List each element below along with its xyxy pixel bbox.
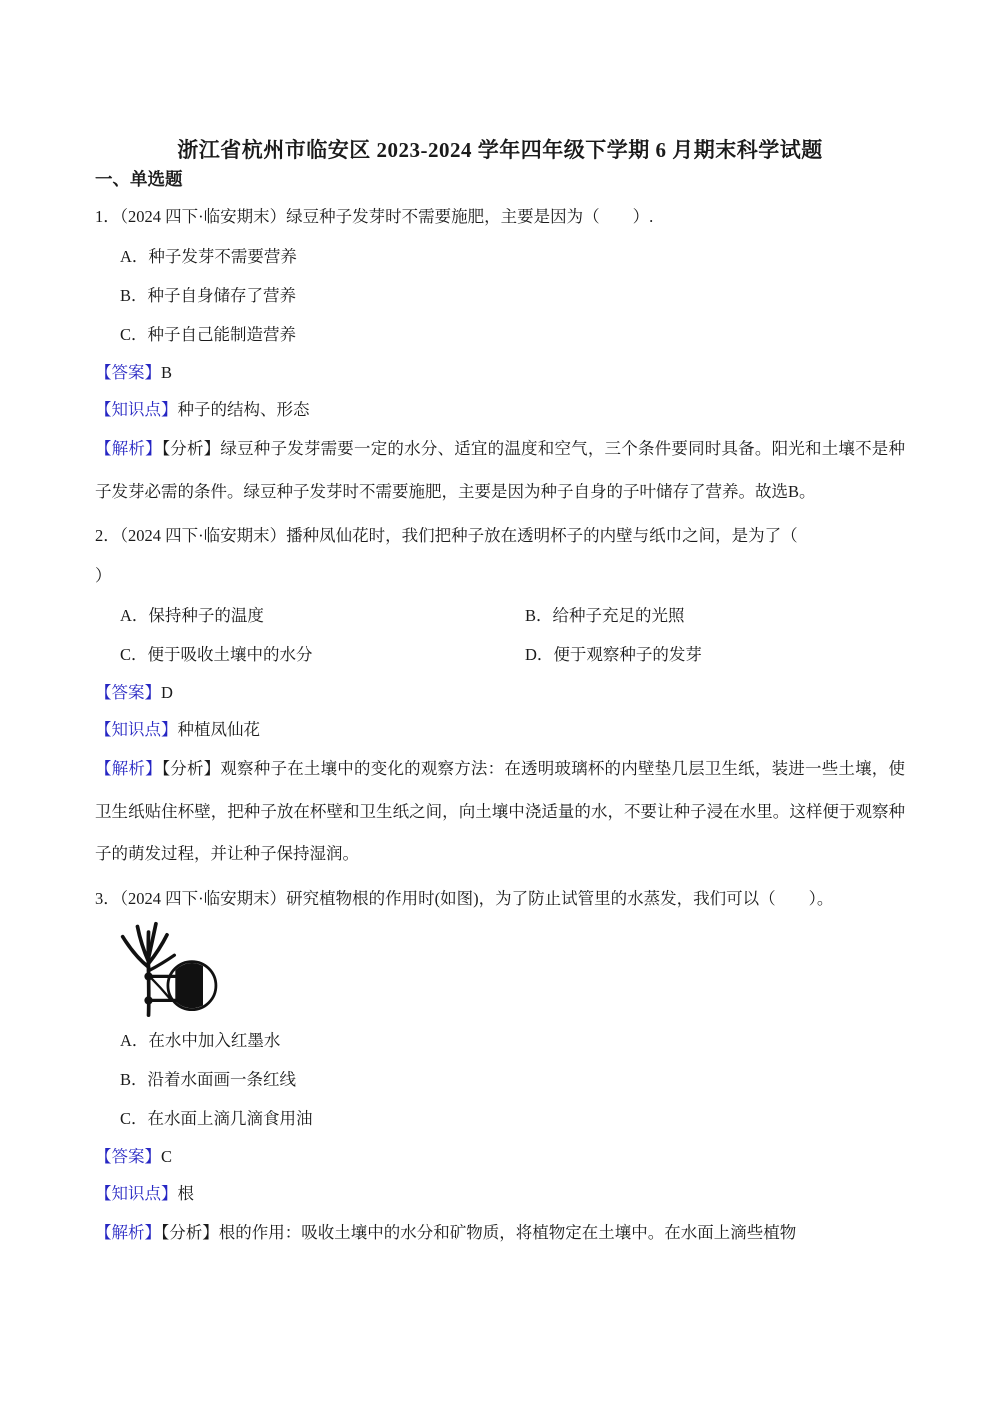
option-a: A．种子发芽不需要营养 [95, 237, 905, 276]
question-2: 2．（2024 四下·临安期末）播种凤仙花时，我们把种子放在透明杯子的内壁与纸巾… [95, 516, 905, 876]
knowledge-value: 种植凤仙花 [178, 720, 261, 739]
answer-line: 【答案】D [95, 674, 905, 711]
analysis-label: 【解析】 [95, 439, 162, 458]
option-c: C．在水面上滴几滴食用油 [95, 1099, 905, 1138]
knowledge-label: 【知识点】 [95, 1184, 178, 1203]
answer-value: B [161, 363, 172, 382]
plant-in-flask-illustration [107, 921, 227, 1017]
question-options: A．种子发芽不需要营养 B．种子自身储存了营养 C．种子自己能制造营养 [95, 237, 905, 354]
analysis-label: 【解析】 [95, 1223, 161, 1242]
question-stem: 2．（2024 四下·临安期末）播种凤仙花时，我们把种子放在透明杯子的内壁与纸巾… [95, 516, 905, 556]
plant-in-flask-figure [95, 921, 905, 1017]
knowledge-line: 【知识点】种子的结构、形态 [95, 391, 905, 428]
knowledge-value: 根 [178, 1184, 195, 1203]
question-3: 3．（2024 四下·临安期末）研究植物根的作用时(如图)，为了防止试管里的水蒸… [95, 879, 905, 1255]
answer-label: 【答案】 [95, 1147, 161, 1166]
answer-value: D [161, 683, 173, 702]
analysis-text: 【分析】观察种子在土壤中的变化的观察方法：在透明玻璃杯的内壁垫几层卫生纸，装进一… [95, 759, 905, 863]
option-c: C．便于吸收土壤中的水分 [95, 635, 500, 674]
question-1: 1．（2024 四下·临安期末）绿豆种子发芽时不需要施肥，主要是因为（ ）. A… [95, 197, 905, 513]
analysis-label: 【解析】 [95, 759, 162, 778]
answer-line: 【答案】B [95, 354, 905, 391]
knowledge-value: 种子的结构、形态 [178, 400, 310, 419]
answer-line: 【答案】C [95, 1138, 905, 1175]
question-options: A．保持种子的温度 B．给种子充足的光照 C．便于吸收土壤中的水分 D．便于观察… [95, 596, 905, 674]
analysis-text: 【分析】绿豆种子发芽需要一定的水分、适宜的温度和空气，三个条件要同时具备。阳光和… [95, 439, 905, 501]
answer-label: 【答案】 [95, 363, 161, 382]
analysis-text: 【分析】根的作用：吸收土壤中的水分和矿物质，将植物定在土壤中。在水面上滴些植物 [161, 1223, 796, 1242]
option-b: B．沿着水面画一条红线 [95, 1060, 905, 1099]
option-d: D．便于观察种子的发芽 [500, 635, 905, 674]
analysis-paragraph: 【解析】【分析】绿豆种子发芽需要一定的水分、适宜的温度和空气，三个条件要同时具备… [95, 428, 905, 513]
question-stem-continuation: ） [95, 556, 905, 596]
knowledge-label: 【知识点】 [95, 720, 178, 739]
answer-value: C [161, 1147, 172, 1166]
knowledge-label: 【知识点】 [95, 400, 178, 419]
answer-label: 【答案】 [95, 683, 161, 702]
section-heading: 一、单选题 [95, 164, 905, 194]
knowledge-line: 【知识点】种植凤仙花 [95, 711, 905, 748]
option-a: A．在水中加入红墨水 [95, 1021, 905, 1060]
option-b: B．给种子充足的光照 [500, 596, 905, 635]
page-title: 浙江省杭州市临安区 2023-2024 学年四年级下学期 6 月期末科学试题 [95, 136, 905, 164]
exam-document-page: 浙江省杭州市临安区 2023-2024 学年四年级下学期 6 月期末科学试题 一… [0, 0, 1000, 1414]
analysis-paragraph: 【解析】【分析】根的作用：吸收土壤中的水分和矿物质，将植物定在土壤中。在水面上滴… [95, 1212, 905, 1255]
option-c: C．种子自己能制造营养 [95, 315, 905, 354]
option-b: B．种子自身储存了营养 [95, 276, 905, 315]
analysis-paragraph: 【解析】【分析】观察种子在土壤中的变化的观察方法：在透明玻璃杯的内壁垫几层卫生纸… [95, 748, 905, 876]
question-stem: 1．（2024 四下·临安期末）绿豆种子发芽时不需要施肥，主要是因为（ ）. [95, 197, 905, 237]
knowledge-line: 【知识点】根 [95, 1175, 905, 1212]
question-stem: 3．（2024 四下·临安期末）研究植物根的作用时(如图)，为了防止试管里的水蒸… [95, 879, 905, 919]
option-a: A．保持种子的温度 [95, 596, 500, 635]
question-options: A．在水中加入红墨水 B．沿着水面画一条红线 C．在水面上滴几滴食用油 [95, 1021, 905, 1138]
